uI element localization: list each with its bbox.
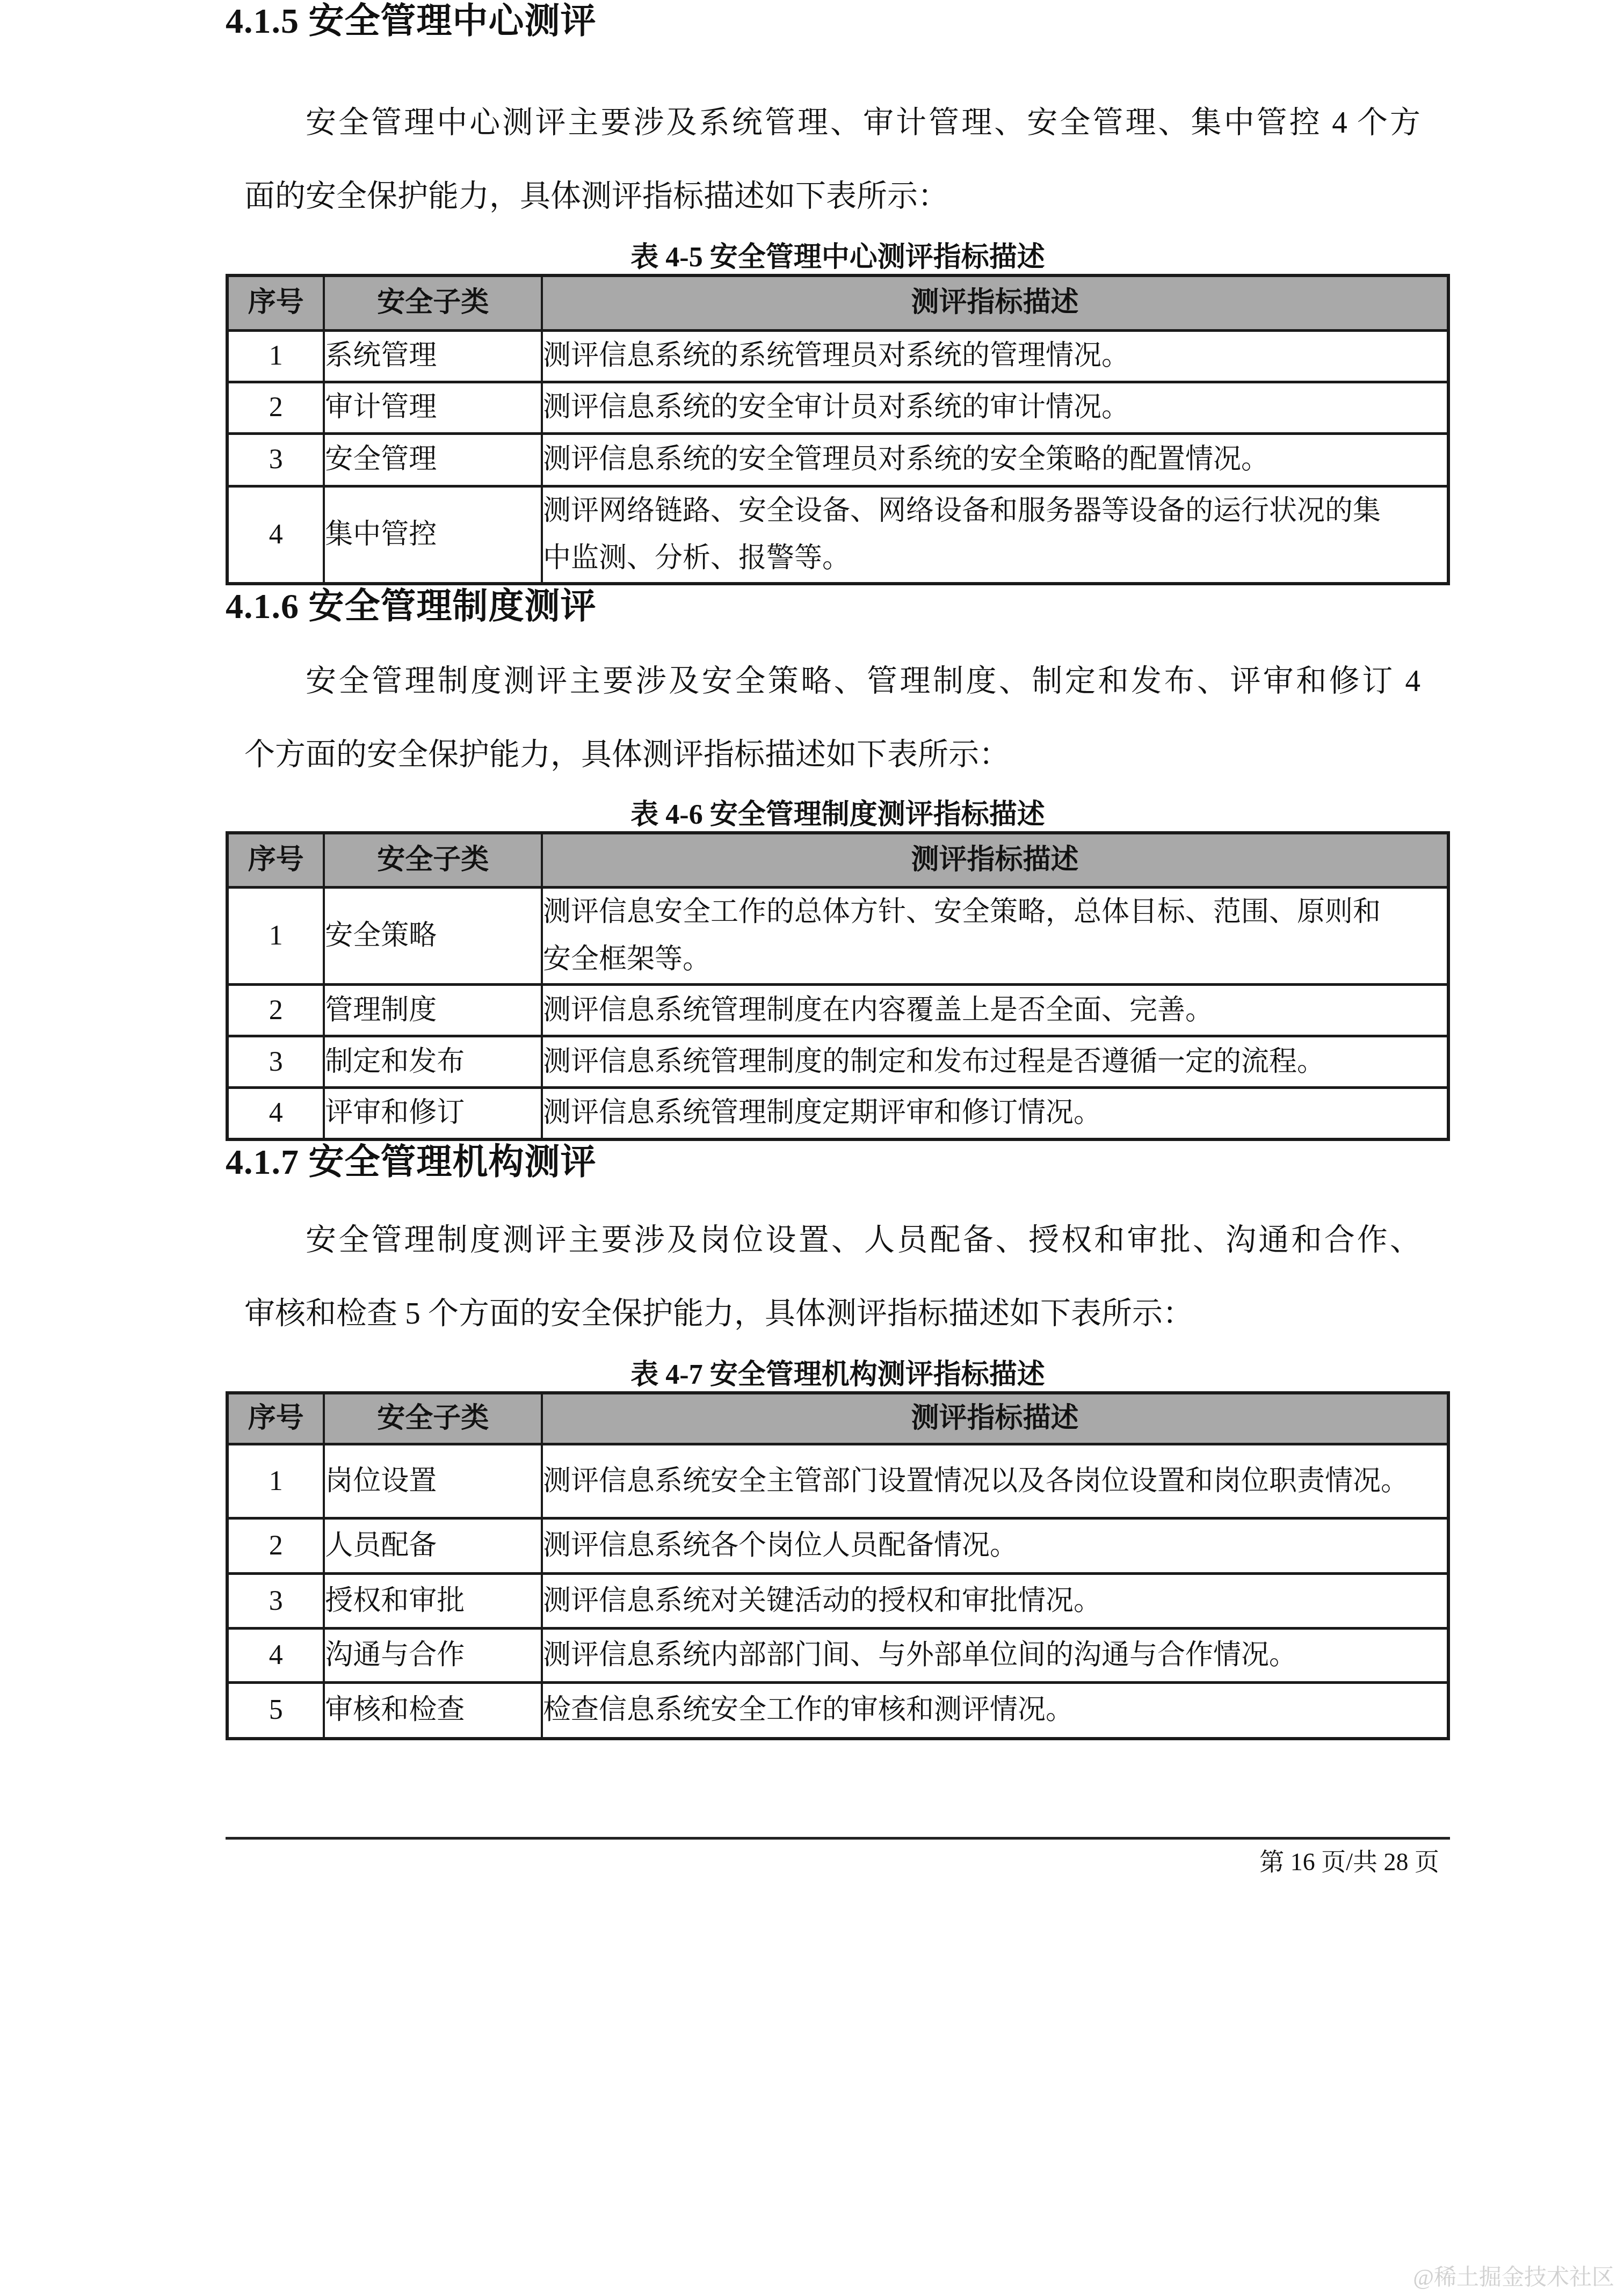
cell-subclass: 管理制度 [324,985,542,1036]
table-header-row: 序号 安全子类 测评指标描述 [227,833,1448,888]
table-4-6: 序号 安全子类 测评指标描述 1 安全策略 测评信息安全工作的总体方针、安全策略… [226,831,1450,1141]
page-content: 4.1.5 安全管理中心测评 安全管理中心测评主要涉及系统管理、审计管理、安全管… [226,0,1450,1878]
cell-description: 测评信息系统各个岗位人员配备情况。 [542,1518,1448,1574]
paragraph-line: 安全管理中心测评主要涉及系统管理、审计管理、安全管理、集中管控 4 个方 [244,86,1420,159]
table-row: 2 管理制度 测评信息系统管理制度在内容覆盖上是否全面、完善。 [227,985,1448,1036]
cell-index: 3 [227,1036,324,1088]
cell-index: 4 [227,1629,324,1683]
table-row: 3 制定和发布 测评信息系统管理制度的制定和发布过程是否遵循一定的流程。 [227,1036,1448,1088]
table-caption-4-6: 表 4-6 安全管理制度测评指标描述 [226,799,1450,831]
cell-index: 5 [227,1683,324,1739]
table-row: 2 人员配备 测评信息系统各个岗位人员配备情况。 [227,1518,1448,1574]
cell-subclass: 沟通与合作 [324,1629,542,1683]
cell-index: 2 [227,985,324,1036]
cell-subclass: 集中管控 [324,486,542,584]
table-row: 1 岗位设置 测评信息系统安全主管部门设置情况以及各岗位设置和岗位职责情况。 [227,1444,1448,1518]
cell-index: 1 [227,888,324,985]
cell-index: 1 [227,1444,324,1518]
cell-subclass: 评审和修订 [324,1088,542,1139]
cell-description: 测评信息系统安全主管部门设置情况以及各岗位设置和岗位职责情况。 [542,1444,1448,1518]
cell-description: 测评信息系统管理制度的制定和发布过程是否遵循一定的流程。 [542,1036,1448,1088]
table-header-row: 序号 安全子类 测评指标描述 [227,1393,1448,1444]
cell-subclass: 安全策略 [324,888,542,985]
cell-description: 测评信息系统的系统管理员对系统的管理情况。 [542,330,1448,382]
cell-index: 2 [227,382,324,433]
paragraph-line: 安全管理制度测评主要涉及安全策略、管理制度、制定和发布、评审和修订 4 [244,644,1420,718]
table-caption-4-5: 表 4-5 安全管理中心测评指标描述 [226,242,1450,274]
cell-subclass: 授权和审批 [324,1574,542,1629]
cell-subclass: 制定和发布 [324,1036,542,1088]
cell-description: 测评信息系统管理制度在内容覆盖上是否全面、完善。 [542,985,1448,1036]
scanned-document-page: { "page": { "footer": { "page_info": "第 … [0,0,1624,2296]
cell-description: 测评信息系统的安全管理员对系统的安全策略的配置情况。 [542,433,1448,486]
table-row: 5 审核和检查 检查信息系统安全工作的审核和测评情况。 [227,1683,1448,1739]
paragraph-line: 面的安全保护能力，具体测评指标描述如下表所示： [244,159,1420,233]
col-header-description: 测评指标描述 [542,833,1448,888]
col-header-description: 测评指标描述 [542,1393,1448,1444]
paragraph-line: 个方面的安全保护能力，具体测评指标描述如下表所示： [244,718,1420,791]
table-row: 4 评审和修订 测评信息系统管理制度定期评审和修订情况。 [227,1088,1448,1139]
section-paragraph-416: 安全管理制度测评主要涉及安全策略、管理制度、制定和发布、评审和修订 4 个方面的… [244,644,1420,791]
section-heading-416: 4.1.6 安全管理制度测评 [226,585,1450,628]
section-paragraph-417: 安全管理制度测评主要涉及岗位设置、人员配备、授权和审批、沟通和合作、 审核和检查… [244,1203,1420,1350]
cell-description: 测评信息系统对关键活动的授权和审批情况。 [542,1574,1448,1629]
col-header-subclass: 安全子类 [324,1393,542,1444]
table-row: 4 集中管控 测评网络链路、安全设备、网络设备和服务器等设备的运行状况的集 中监… [227,486,1448,584]
paragraph-line: 审核和检查 5 个方面的安全保护能力，具体测评指标描述如下表所示： [244,1277,1420,1350]
paragraph-line: 安全管理制度测评主要涉及岗位设置、人员配备、授权和审批、沟通和合作、 [244,1203,1420,1277]
table-4-5: 序号 安全子类 测评指标描述 1 系统管理 测评信息系统的系统管理员对系统的管理… [226,274,1450,585]
cell-description: 测评信息安全工作的总体方针、安全策略，总体目标、范围、原则和 安全框架等。 [542,888,1448,985]
page-number: 第 16 页/共 28 页 [226,1846,1450,1878]
cell-index: 4 [227,486,324,584]
table-row: 3 安全管理 测评信息系统的安全管理员对系统的安全策略的配置情况。 [227,433,1448,486]
cell-description: 测评信息系统的安全审计员对系统的审计情况。 [542,382,1448,433]
table-row: 3 授权和审批 测评信息系统对关键活动的授权和审批情况。 [227,1574,1448,1629]
table-caption-4-7: 表 4-7 安全管理机构测评指标描述 [226,1359,1450,1391]
cell-description: 测评网络链路、安全设备、网络设备和服务器等设备的运行状况的集 中监测、分析、报警… [542,486,1448,584]
cell-description: 检查信息系统安全工作的审核和测评情况。 [542,1683,1448,1739]
col-header-subclass: 安全子类 [324,833,542,888]
table-row: 1 安全策略 测评信息安全工作的总体方针、安全策略，总体目标、范围、原则和 安全… [227,888,1448,985]
watermark: @稀土掘金技术社区 [1413,2259,1614,2292]
footer-divider [226,1837,1450,1840]
cell-index: 1 [227,330,324,382]
col-header-index: 序号 [227,275,324,330]
cell-index: 2 [227,1518,324,1574]
col-header-index: 序号 [227,833,324,888]
table-header-row: 序号 安全子类 测评指标描述 [227,275,1448,330]
table-row: 2 审计管理 测评信息系统的安全审计员对系统的审计情况。 [227,382,1448,433]
cell-subclass: 审计管理 [324,382,542,433]
col-header-index: 序号 [227,1393,324,1444]
col-header-subclass: 安全子类 [324,275,542,330]
table-4-7: 序号 安全子类 测评指标描述 1 岗位设置 测评信息系统安全主管部门设置情况以及… [226,1391,1450,1740]
table-row: 4 沟通与合作 测评信息系统内部部门间、与外部单位间的沟通与合作情况。 [227,1629,1448,1683]
cell-subclass: 审核和检查 [324,1683,542,1739]
section-heading-417: 4.1.7 安全管理机构测评 [226,1141,1450,1184]
cell-subclass: 安全管理 [324,433,542,486]
cell-subclass: 人员配备 [324,1518,542,1574]
section-paragraph-415: 安全管理中心测评主要涉及系统管理、审计管理、安全管理、集中管控 4 个方 面的安… [244,86,1420,233]
cell-index: 4 [227,1088,324,1139]
cell-subclass: 系统管理 [324,330,542,382]
cell-description: 测评信息系统内部部门间、与外部单位间的沟通与合作情况。 [542,1629,1448,1683]
table-row: 1 系统管理 测评信息系统的系统管理员对系统的管理情况。 [227,330,1448,382]
section-heading-415: 4.1.5 安全管理中心测评 [226,0,1450,43]
cell-index: 3 [227,433,324,486]
col-header-description: 测评指标描述 [542,275,1448,330]
cell-index: 3 [227,1574,324,1629]
cell-description: 测评信息系统管理制度定期评审和修订情况。 [542,1088,1448,1139]
cell-subclass: 岗位设置 [324,1444,542,1518]
